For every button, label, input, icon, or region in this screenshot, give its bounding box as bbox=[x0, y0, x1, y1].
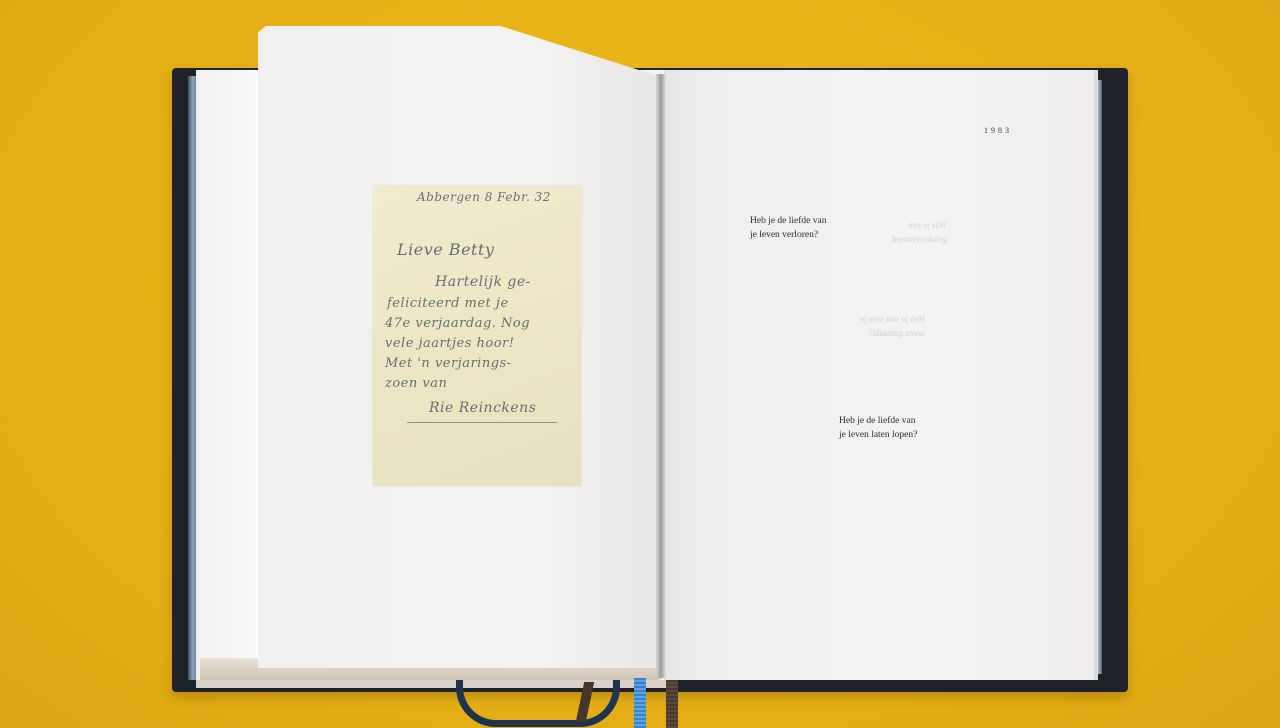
right-page bbox=[664, 70, 1098, 680]
verse-top: Heb je de liefde van je leven verloren? bbox=[750, 214, 827, 242]
page-folio: 1983 bbox=[984, 126, 1012, 135]
letter-line: vele jaartjes hoor! bbox=[385, 336, 514, 351]
show-through-text: Was je een geluksvermoed bbox=[892, 218, 947, 246]
handwritten-letter: Abbergen 8 Febr. 32 Lieve Betty Hartelij… bbox=[373, 186, 581, 486]
letter-signature: Rie Reinckens bbox=[429, 400, 536, 416]
letter-line: Lieve Betty bbox=[397, 240, 494, 259]
verse-line: Heb je de liefde van bbox=[750, 214, 827, 228]
letter-line: Met 'n verjarings- bbox=[385, 356, 512, 371]
letter-line: Hartelijk ge- bbox=[435, 274, 531, 290]
letter-line: zoen van bbox=[385, 376, 447, 391]
book-gutter bbox=[656, 74, 666, 678]
signature-underline bbox=[407, 422, 557, 423]
letter-line: 47e verjaardag. Nog bbox=[385, 316, 530, 331]
ribbon-bookmark-navy bbox=[456, 680, 620, 727]
folio-show-through: ···· bbox=[708, 122, 731, 131]
ribbon-bookmark-blue bbox=[634, 678, 646, 728]
ghost-line: geluksvermoed bbox=[892, 232, 947, 246]
letter-line: Abbergen 8 Febr. 32 bbox=[417, 190, 551, 204]
ghost-line: leven gemaakt? bbox=[860, 326, 925, 340]
letter-line: feliciteerd met je bbox=[387, 296, 509, 311]
verse-line: Heb je de liefde van bbox=[839, 414, 917, 428]
ribbon-bookmark-brown bbox=[666, 680, 678, 728]
ghost-line: Heb je wat vele je bbox=[860, 312, 925, 326]
verse-bottom: Heb je de liefde van je leven laten lope… bbox=[839, 414, 917, 442]
verse-line: je leven verloren? bbox=[750, 228, 827, 242]
ghost-line: Was je een bbox=[892, 218, 947, 232]
show-through-text: Heb je wat vele je leven gemaakt? bbox=[860, 312, 925, 340]
verse-line: je leven laten lopen? bbox=[839, 428, 917, 442]
